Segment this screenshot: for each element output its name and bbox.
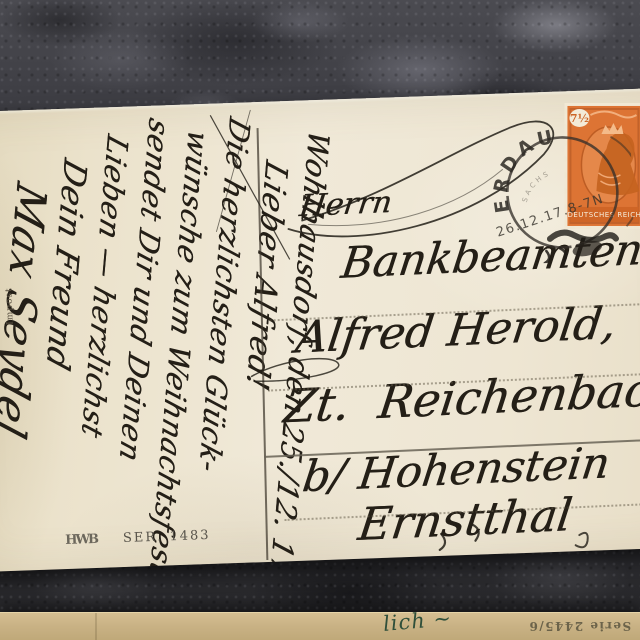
svg-text:SACHS: SACHS xyxy=(520,169,553,204)
photo-of-postcard: Wohlhausdorf, den 25./12. 17. Lieber Alf… xyxy=(0,0,640,640)
second-postcard-edge: lich ~ Serie 2445/6 xyxy=(0,612,640,640)
postmark: ERDAU SACHS 26.12.17.8-7N xyxy=(490,120,635,265)
upside-down-series-imprint: Serie 2445/6 xyxy=(528,619,631,633)
postmark-region: SACHS xyxy=(520,169,553,204)
green-handwriting-fragment: lich ~ xyxy=(382,606,453,636)
postcard-back: Wohlhausdorf, den 25./12. 17. Lieber Alf… xyxy=(0,88,640,573)
